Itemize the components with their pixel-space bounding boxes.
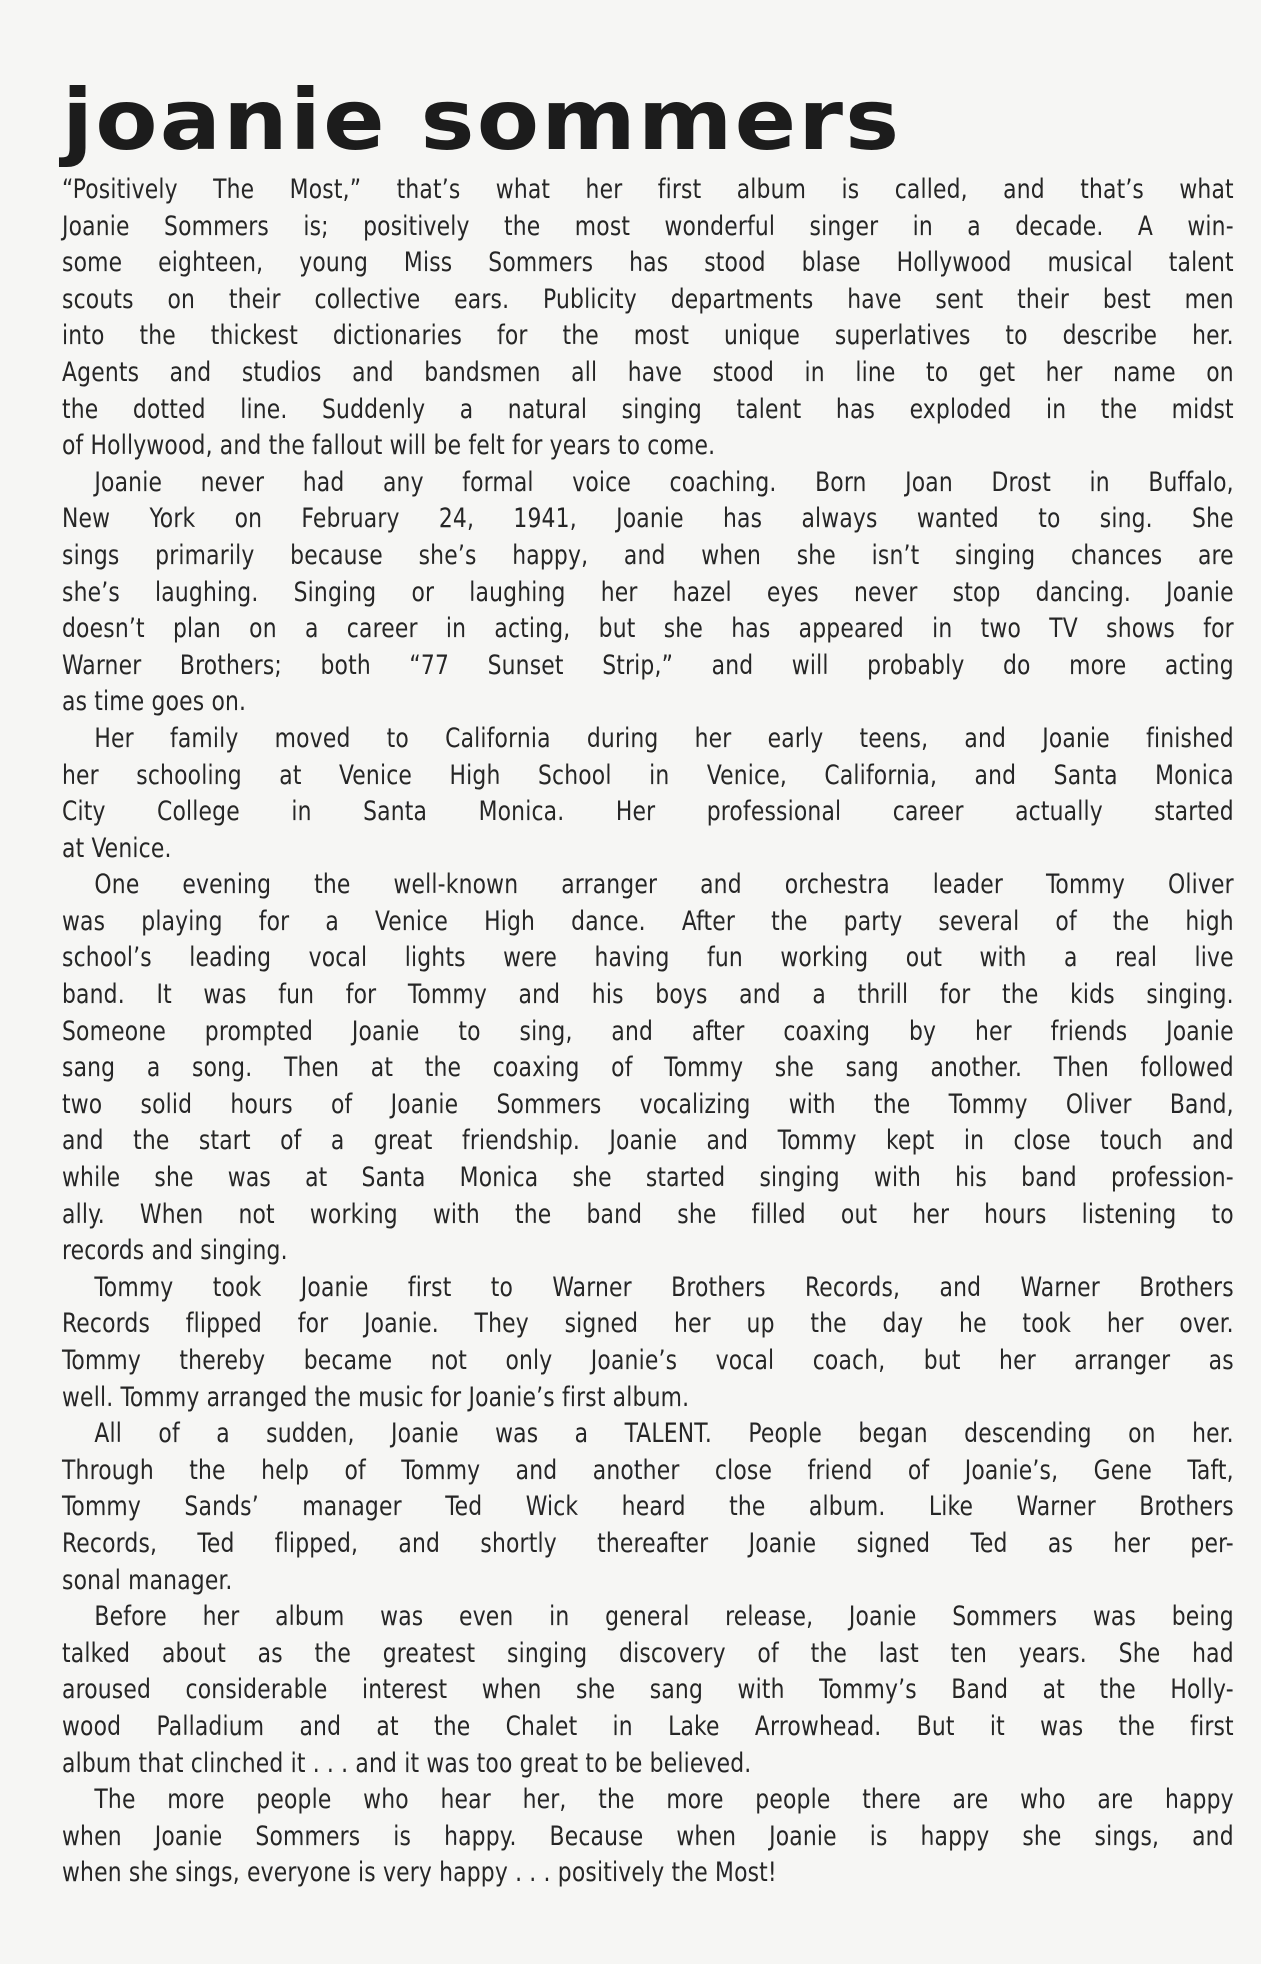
text-line: some eighteen, young Miss Sommers has st… <box>62 245 1234 282</box>
text-line: One evening the well-known arranger and … <box>62 867 1234 904</box>
text-line: Records flipped for Joanie. They signed … <box>62 1306 1234 1343</box>
paragraph: Joanie never had any formal voice coachi… <box>62 465 1234 721</box>
text-line: doesn’t plan on a career in acting, but … <box>62 611 1234 648</box>
text-line: talked about as the greatest singing dis… <box>62 1636 1234 1673</box>
text-line: school’s leading vocal lights were havin… <box>62 940 1234 977</box>
text-line: City College in Santa Monica. Her profes… <box>62 794 1234 831</box>
paragraph: All of a sudden, Joanie was a TALENT. Pe… <box>62 1416 1234 1599</box>
text-line: sang a song. Then at the coaxing of Tomm… <box>62 1050 1234 1087</box>
text-line: scouts on their collective ears. Publici… <box>62 282 1234 319</box>
text-line: was playing for a Venice High dance. Aft… <box>62 904 1234 941</box>
text-line: Tommy took Joanie first to Warner Brothe… <box>62 1270 1234 1307</box>
paragraph: Before her album was even in general rel… <box>62 1599 1234 1782</box>
text-line: album that clinched it . . . and it was … <box>62 1746 1234 1783</box>
text-line: Warner Brothers; both “77 Sunset Strip,”… <box>62 648 1234 685</box>
text-line: Tommy thereby became not only Joanie’s v… <box>62 1343 1234 1380</box>
text-line: into the thickest dictionaries for the m… <box>62 318 1234 355</box>
text-line: Agents and studios and bandsmen all have… <box>62 355 1234 392</box>
text-line: Joanie never had any formal voice coachi… <box>62 465 1234 502</box>
text-line: Before her album was even in general rel… <box>62 1599 1234 1636</box>
text-line: ally. When not working with the band she… <box>62 1197 1234 1234</box>
text-line: aroused considerable interest when she s… <box>62 1672 1234 1709</box>
text-line: sonal manager. <box>62 1563 1234 1600</box>
text-line: The more people who hear her, the more p… <box>62 1782 1234 1819</box>
text-line: Through the help of Tommy and another cl… <box>62 1453 1234 1490</box>
text-line: the dotted line. Suddenly a natural sing… <box>62 392 1234 429</box>
text-line: band. It was fun for Tommy and his boys … <box>62 977 1234 1014</box>
text-line: All of a sudden, Joanie was a TALENT. Pe… <box>62 1416 1234 1453</box>
text-line: her schooling at Venice High School in V… <box>62 758 1234 795</box>
text-line: records and singing. <box>62 1233 1234 1270</box>
article-title: joanie sommers <box>62 78 901 162</box>
text-line: wood Palladium and at the Chalet in Lake… <box>62 1709 1234 1746</box>
text-line: New York on February 24, 1941, Joanie ha… <box>62 501 1234 538</box>
paragraph: Tommy took Joanie first to Warner Brothe… <box>62 1270 1234 1416</box>
article-body: “Positively The Most,” that’s what her f… <box>62 172 1234 1892</box>
text-line: at Venice. <box>62 831 1234 868</box>
text-line: when she sings, everyone is very happy .… <box>62 1855 1234 1892</box>
text-line: and the start of a great friendship. Joa… <box>62 1123 1234 1160</box>
text-line: sings primarily because she’s happy, and… <box>62 538 1234 575</box>
paragraph: Her family moved to California during he… <box>62 721 1234 867</box>
paragraph: “Positively The Most,” that’s what her f… <box>62 172 1234 465</box>
text-line: Tommy Sands’ manager Ted Wick heard the … <box>62 1489 1234 1526</box>
text-line: “Positively The Most,” that’s what her f… <box>62 172 1234 209</box>
text-line: while she was at Santa Monica she starte… <box>62 1160 1234 1197</box>
text-line: Her family moved to California during he… <box>62 721 1234 758</box>
paragraph: One evening the well-known arranger and … <box>62 867 1234 1270</box>
text-line: well. Tommy arranged the music for Joani… <box>62 1380 1234 1417</box>
text-line: Records, Ted flipped, and shortly therea… <box>62 1526 1234 1563</box>
text-line: as time goes on. <box>62 684 1234 721</box>
text-line: of Hollywood, and the fallout will be fe… <box>62 428 1234 465</box>
text-line: Someone prompted Joanie to sing, and aft… <box>62 1014 1234 1051</box>
paragraph: The more people who hear her, the more p… <box>62 1782 1234 1892</box>
text-line: she’s laughing. Singing or laughing her … <box>62 575 1234 612</box>
text-line: when Joanie Sommers is happy. Because wh… <box>62 1819 1234 1856</box>
text-line: two solid hours of Joanie Sommers vocali… <box>62 1087 1234 1124</box>
text-line: Joanie Sommers is; positively the most w… <box>62 209 1234 246</box>
